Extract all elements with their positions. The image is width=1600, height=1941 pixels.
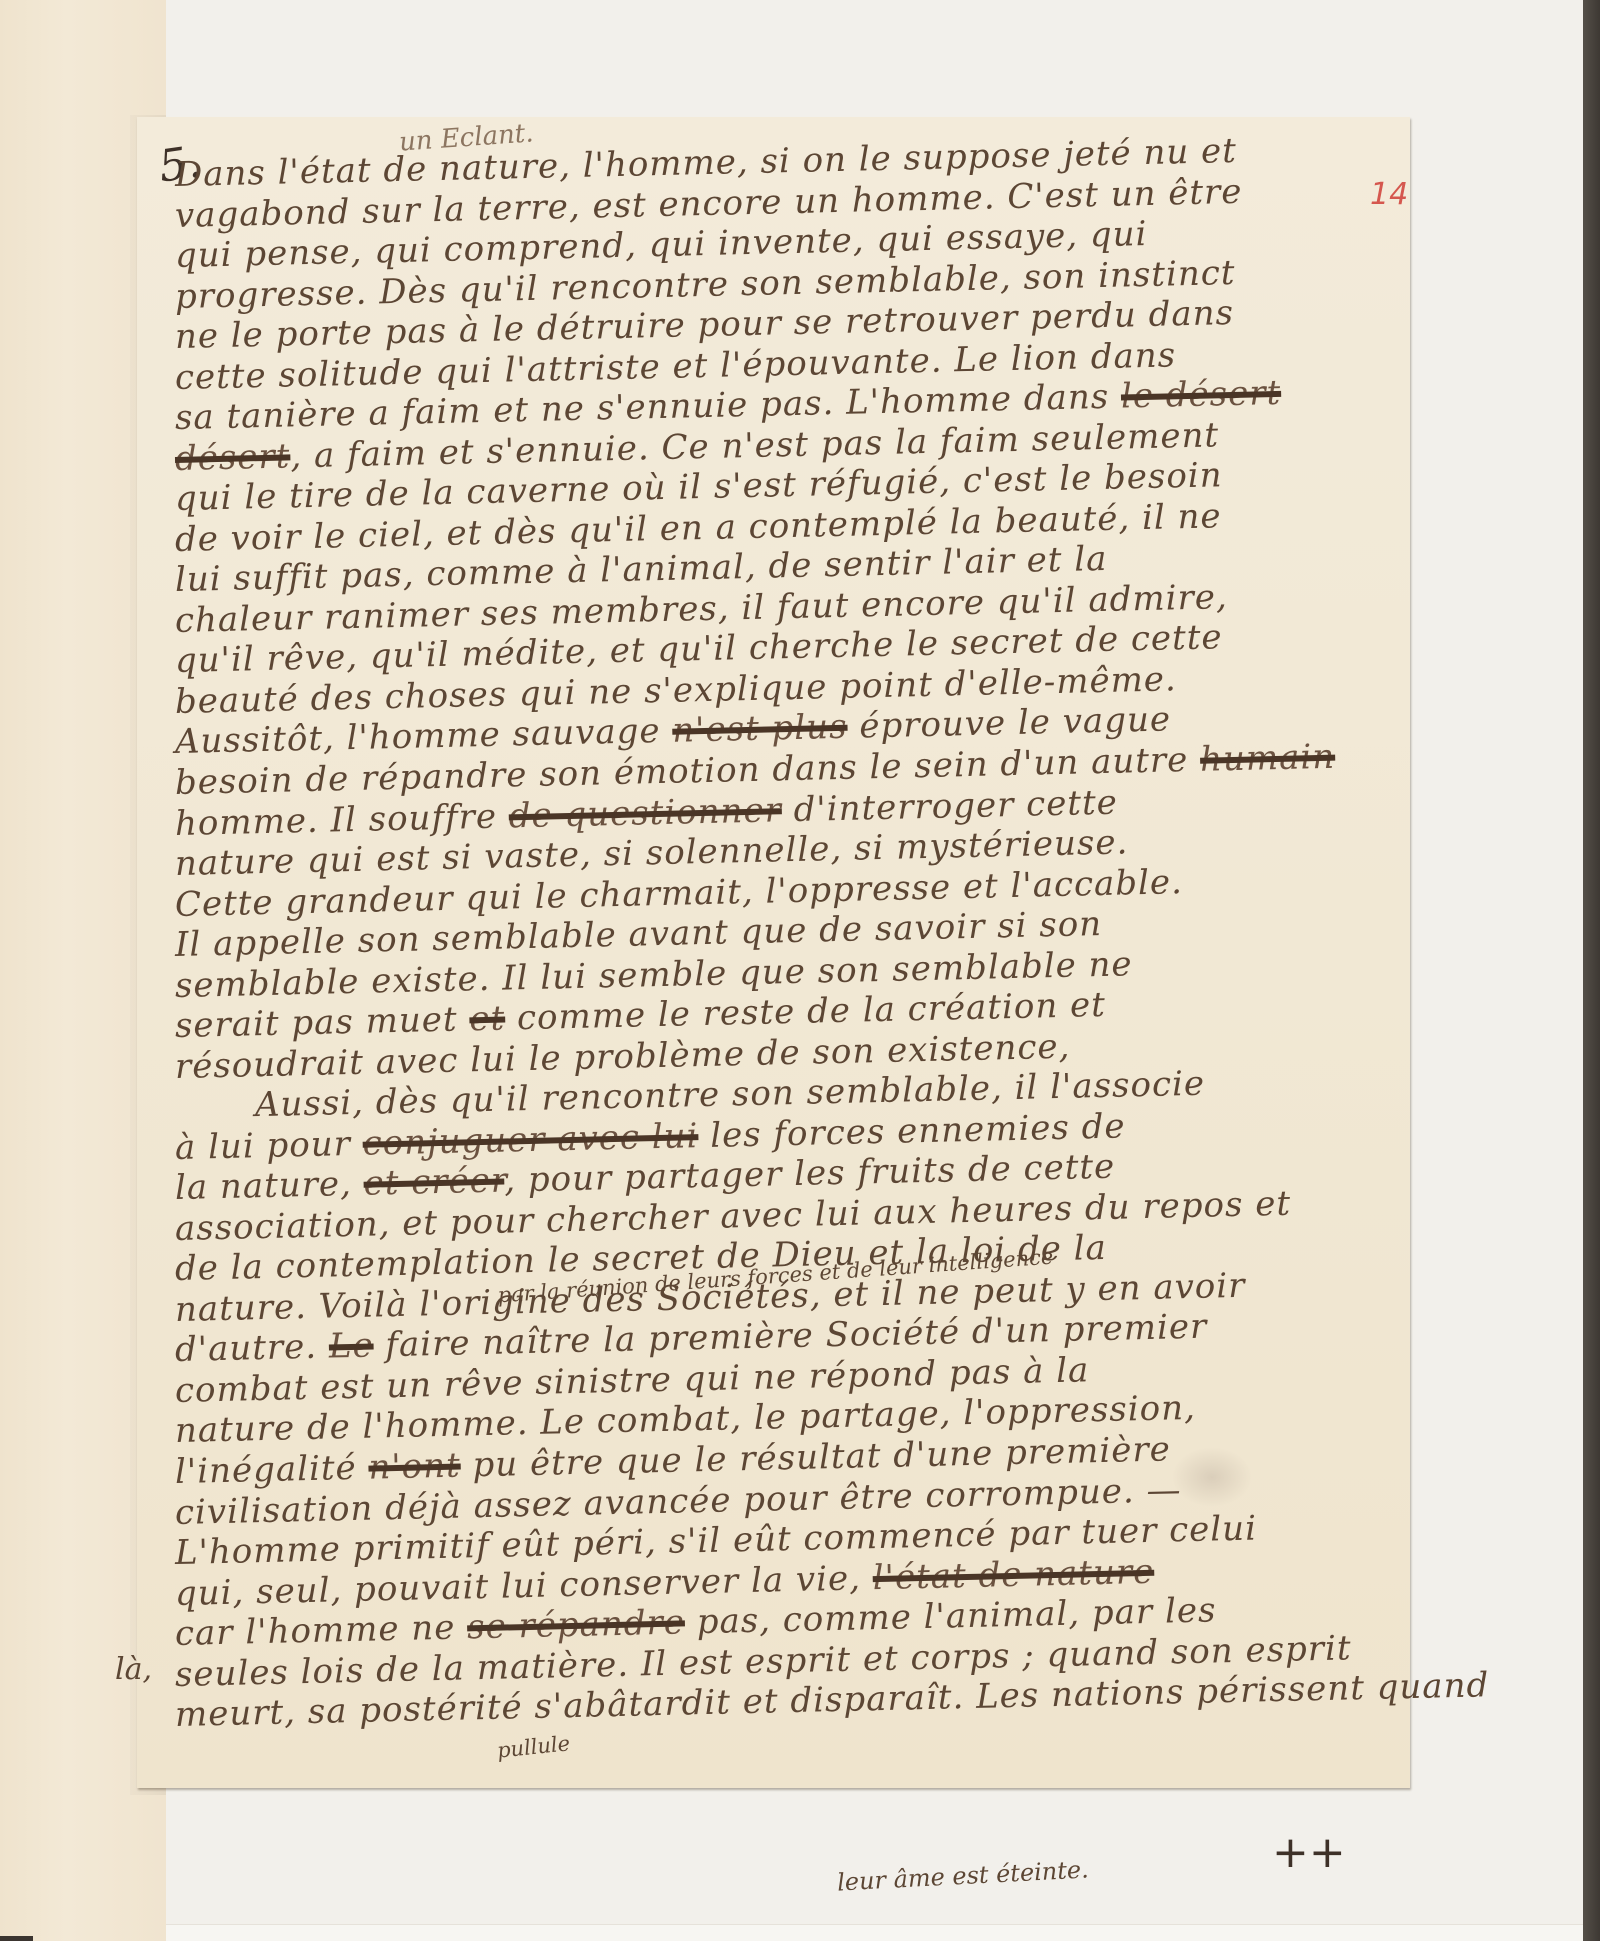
mount-bottom-lip xyxy=(166,1924,1583,1941)
struck-through-text: de questionner xyxy=(508,790,782,836)
margin-note: là, xyxy=(115,1652,152,1687)
line-text: à lui pour xyxy=(175,1123,364,1167)
line-text: la nature, xyxy=(175,1164,365,1208)
line-text: éprouve le vague xyxy=(847,700,1171,747)
line-text: homme. Il souffre xyxy=(175,796,510,844)
line-text: car l'homme ne xyxy=(175,1608,468,1655)
struck-through-text: et xyxy=(469,999,506,1040)
dark-fold-edge xyxy=(0,1936,33,1941)
struck-through-text: n'est plus xyxy=(672,707,848,751)
struck-through-text: le désert xyxy=(1121,373,1282,417)
struck-through-text: et créer xyxy=(363,1161,505,1204)
manuscript-text: Dans l'état de nature, l'homme, si on le… xyxy=(175,155,1385,1736)
insert-pullule: pullule xyxy=(496,1731,571,1763)
struck-through-text: se répandre xyxy=(467,1603,686,1648)
manuscript-sheet: 5. un Eclant. 14 Dans l'état de nature, … xyxy=(137,117,1410,1788)
end-mark: ++ xyxy=(1272,1827,1346,1878)
line-text: d'autre. xyxy=(175,1327,330,1370)
line-text: serait pas muet xyxy=(175,999,470,1046)
struck-through-text: l'état de nature xyxy=(872,1551,1154,1597)
struck-through-text: humain xyxy=(1200,737,1336,780)
right-dark-edge xyxy=(1583,0,1600,1941)
line-text: d'interroger cette xyxy=(781,782,1118,830)
struck-through-text: désert xyxy=(175,436,291,479)
struck-through-text: Le xyxy=(328,1326,374,1367)
line-text: l'inégalité xyxy=(175,1448,369,1492)
struck-through-text: n'ont xyxy=(368,1446,461,1488)
